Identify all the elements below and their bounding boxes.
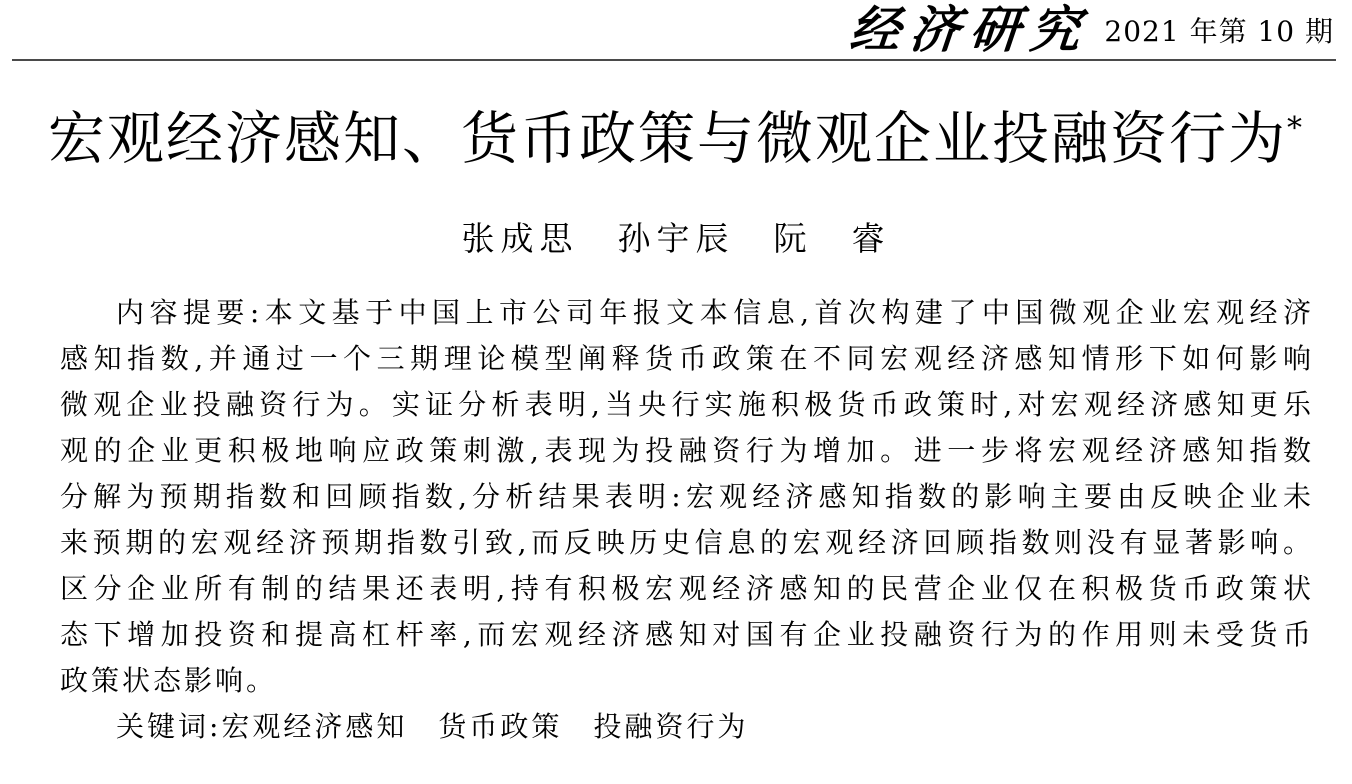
keywords-line: 关键词:宏观经济感知 货币政策 投融资行为 (60, 704, 1314, 750)
abstract-line: 感知指数,并通过一个三期理论模型阐释货币政策在不同宏观经济感知情形下如何影响 (60, 336, 1314, 382)
article-title-text: 宏观经济感知、货币政策与微观企业投融资行为 (48, 106, 1287, 172)
journal-logo: 经济研究 (848, 5, 1092, 55)
journal-header: 经济研究 2021 年第 10 期 (0, 0, 1352, 56)
abstract-line: 分解为预期指数和回顾指数,分析结果表明:宏观经济感知指数的影响主要由反映企业未 (60, 474, 1314, 520)
abstract-line: 微观企业投融资行为。实证分析表明,当央行实施积极货币政策时,对宏观经济感知更乐 (60, 382, 1314, 428)
authors-line: 张成思 孙宇辰 阮 睿 (0, 213, 1352, 260)
abstract-block: 内容提要:本文基于中国上市公司年报文本信息,首次构建了中国微观企业宏观经济 感知… (60, 290, 1314, 750)
abstract-line: 态下增加投资和提高杠杆率,而宏观经济感知对国有企业投融资行为的作用则未受货币 (60, 612, 1314, 658)
title-footnote-marker: * (1287, 111, 1304, 146)
header-rule (12, 59, 1336, 61)
abstract-line: 观的企业更积极地响应政策刺激,表现为投融资行为增加。进一步将宏观经济感知指数 (60, 428, 1314, 474)
abstract-line: 内容提要:本文基于中国上市公司年报文本信息,首次构建了中国微观企业宏观经济 (60, 290, 1314, 336)
issue-label: 2021 年第 10 期 (1104, 10, 1334, 50)
paper-page: 经济研究 2021 年第 10 期 宏观经济感知、货币政策与微观企业投融资行为*… (0, 0, 1352, 784)
abstract-line: 政策状态影响。 (60, 658, 1314, 704)
abstract-line: 来预期的宏观经济预期指数引致,而反映历史信息的宏观经济回顾指数则没有显著影响。 (60, 520, 1314, 566)
abstract-line: 区分企业所有制的结果还表明,持有积极宏观经济感知的民营企业仅在积极货币政策状 (60, 566, 1314, 612)
article-title: 宏观经济感知、货币政策与微观企业投融资行为* (0, 107, 1352, 173)
